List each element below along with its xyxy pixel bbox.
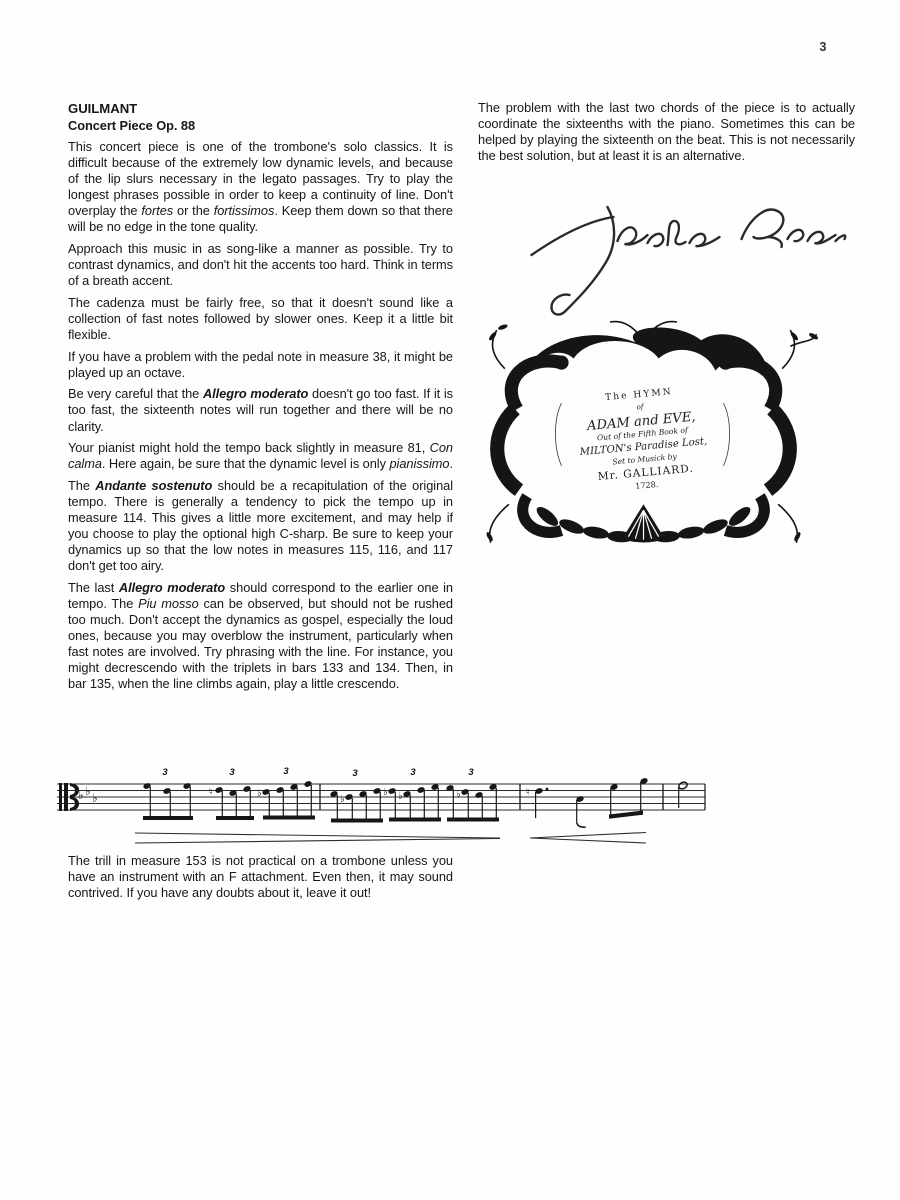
text-run: Allegro moderato	[119, 580, 225, 595]
triplet-mark: 3	[352, 768, 358, 779]
text-run: The trill in measure 153 is not practica…	[68, 853, 453, 900]
flat-icon: ♭	[383, 787, 388, 798]
composer-heading: GUILMANT	[68, 100, 453, 117]
signature-stroke	[808, 232, 846, 244]
text-run: Andante sostenuto	[95, 478, 212, 493]
text-run: pianissimo	[389, 456, 449, 471]
signature-stroke	[668, 221, 686, 245]
paragraph: The trill in measure 153 is not practica…	[68, 853, 453, 901]
cartouche-illustration: The HYMN of ADAM and EVE, Out of the Fif…	[468, 316, 818, 564]
paragraph: The cadenza must be fairly free, so that…	[68, 295, 453, 343]
text-run: . Here again, be sure that the dynamic l…	[102, 456, 390, 471]
left-column: GUILMANT Concert Piece Op. 88 This conce…	[68, 100, 453, 698]
signature-stroke	[532, 217, 614, 255]
paragraph: The Andante sostenuto should be a recapi…	[68, 478, 453, 575]
text-run: .	[449, 456, 453, 471]
page-number: 3	[810, 40, 836, 54]
right-column: The problem with the last two chords of …	[478, 100, 855, 170]
flat-icon: ♭	[257, 788, 262, 799]
text-run: Approach this music in as song-like a ma…	[68, 241, 453, 288]
triplet-mark: 3	[410, 767, 416, 778]
text-run: Piu mosso	[138, 596, 199, 611]
baroque-engraving: The HYMN of ADAM and EVE, Out of the Fif…	[468, 316, 818, 564]
text-run: The last	[68, 580, 119, 595]
paragraph: This concert piece is one of the trombon…	[68, 139, 453, 236]
signature-stroke	[690, 234, 720, 246]
crescendo-hairpin	[530, 833, 646, 844]
flat-icon: ♭	[456, 789, 461, 800]
closing-column: The trill in measure 153 is not practica…	[68, 853, 453, 907]
natural-icon: ♮	[526, 787, 530, 798]
signature-handwriting	[515, 195, 850, 325]
signature-stroke	[618, 227, 648, 244]
paragraph: Approach this music in as song-like a ma…	[68, 241, 453, 289]
signature-stroke	[552, 207, 615, 314]
music-example: ♭ ♭ ♭ ♮	[52, 762, 712, 857]
paragraph: If you have a problem with the pedal not…	[68, 349, 453, 381]
triplet-marks: 3 3 3 3 3 3	[162, 766, 474, 779]
flat-icon: ♭	[78, 788, 84, 802]
piece-title: Concert Piece Op. 88	[68, 117, 453, 134]
text-run: The problem with the last two chords of …	[478, 100, 855, 163]
flat-icon: ♭	[340, 794, 345, 805]
paragraph: The last Allegro moderato should corresp…	[68, 580, 453, 693]
scanned-book-page: 3 GUILMANT Concert Piece Op. 88 This con…	[0, 0, 900, 1200]
paragraph: Be very careful that the Allegro moderat…	[68, 386, 453, 434]
decrescendo-hairpin	[135, 833, 500, 843]
right-column-paragraphs: The problem with the last two chords of …	[478, 100, 855, 164]
author-signature	[515, 195, 850, 325]
text-run: or the	[173, 203, 214, 218]
flat-icon: ♭	[92, 791, 98, 805]
scallop-shell-icon	[622, 504, 665, 542]
text-run: Be very careful that the	[68, 386, 203, 401]
signature-stroke	[788, 230, 804, 241]
text-run: If you have a problem with the pedal not…	[68, 349, 453, 380]
flat-icon: ♭	[398, 791, 403, 802]
triplet-mark: 3	[468, 767, 474, 778]
triplet-mark: 3	[229, 767, 235, 778]
triplet-mark: 3	[162, 767, 168, 778]
text-run: Allegro moderato	[203, 386, 308, 401]
text-run: Your pianist might hold the tempo back s…	[68, 440, 430, 455]
natural-icon: ♮	[209, 787, 213, 798]
cartouche-line: 1728.	[635, 479, 659, 491]
notes: ♮ ♭	[143, 777, 705, 827]
paragraph: The problem with the last two chords of …	[478, 100, 855, 164]
music-staff: ♭ ♭ ♭ ♮	[52, 762, 712, 857]
text-run: The	[68, 478, 95, 493]
closing-paragraphs: The trill in measure 153 is not practica…	[68, 853, 453, 901]
text-run: The cadenza must be fairly free, so that…	[68, 295, 453, 342]
flat-icon: ♭	[85, 784, 91, 798]
left-column-paragraphs: This concert piece is one of the trombon…	[68, 139, 453, 693]
paragraph: Your pianist might hold the tempo back s…	[68, 440, 453, 472]
text-run: fortissimos	[214, 203, 275, 218]
triplet-mark: 3	[283, 766, 289, 777]
signature-stroke	[742, 210, 784, 247]
key-signature-flats: ♭ ♭ ♭	[78, 784, 98, 805]
signature-stroke	[648, 234, 664, 246]
text-run: fortes	[141, 203, 173, 218]
